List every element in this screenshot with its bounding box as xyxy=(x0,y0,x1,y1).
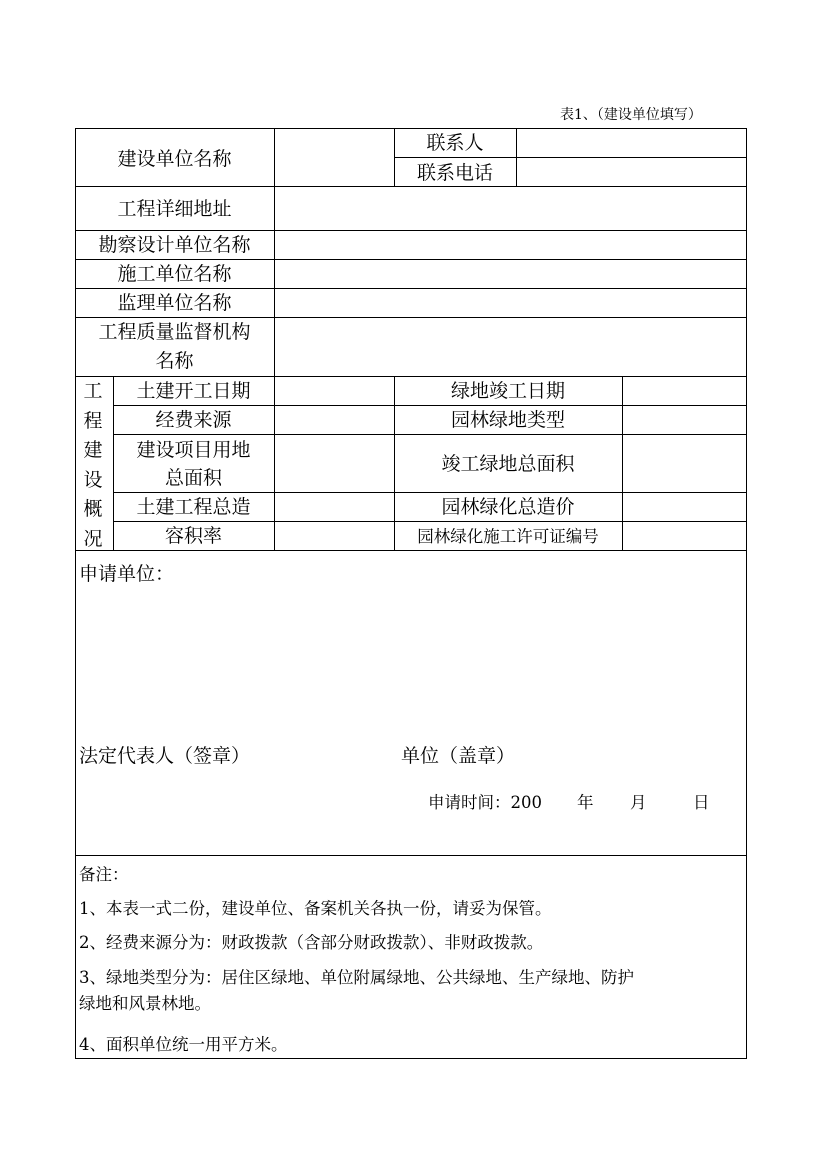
green-total-area-label: 竣工绿地总面积 xyxy=(394,453,622,475)
civil-start-date-label: 土建开工日期 xyxy=(113,380,274,402)
green-completion-date-label: 绿地竣工日期 xyxy=(394,380,622,402)
table-caption: 表1、（建设单位填写） xyxy=(560,104,702,124)
applicant-unit-label: 申请单位： xyxy=(79,563,174,585)
note-item: 1、本表一式二份，建设单位、备案机关各执一份，请妥为保管。 xyxy=(79,898,552,920)
month-label: 月 xyxy=(630,792,647,814)
side-char: 概 xyxy=(80,495,106,525)
civil-total-cost-label: 土建工程总造 xyxy=(113,496,274,518)
green-total-cost-field[interactable] xyxy=(623,493,746,520)
year-label: 年 xyxy=(577,792,594,814)
side-char: 设 xyxy=(80,466,106,496)
green-type-label: 园林绿地类型 xyxy=(394,409,622,431)
legal-representative-label: 法定代表人（签章） xyxy=(79,745,250,767)
notes-title: 备注： xyxy=(79,864,129,886)
green-total-area-field[interactable] xyxy=(623,435,746,491)
green-type-field[interactable] xyxy=(623,406,746,433)
quality-agency-field[interactable] xyxy=(275,318,746,375)
funding-source-label: 经费来源 xyxy=(113,409,274,431)
funding-source-field[interactable] xyxy=(275,406,393,433)
supervision-unit-field[interactable] xyxy=(275,289,746,316)
note-item: 绿地和风景林地。 xyxy=(79,993,211,1015)
divider xyxy=(75,550,747,551)
land-area-label-line1: 建设项目用地 xyxy=(113,439,274,461)
quality-agency-label-line1: 工程质量监督机构 xyxy=(75,321,274,343)
phone-label: 联系电话 xyxy=(394,162,516,184)
phone-field[interactable] xyxy=(517,158,746,185)
civil-start-date-field[interactable] xyxy=(275,377,393,404)
divider xyxy=(113,376,114,550)
quality-agency-label-line2: 名称 xyxy=(75,350,274,372)
builder-name-label: 建设单位名称 xyxy=(75,148,274,170)
construction-unit-label: 施工单位名称 xyxy=(75,263,274,285)
green-permit-no-field[interactable] xyxy=(623,522,746,549)
plot-ratio-field[interactable] xyxy=(275,522,393,549)
contact-label: 联系人 xyxy=(394,132,516,154)
side-char: 况 xyxy=(80,525,106,555)
green-permit-no-label: 园林绿化施工许可证编号 xyxy=(394,526,622,548)
green-total-cost-label: 园林绿化总造价 xyxy=(394,496,622,518)
day-label: 日 xyxy=(693,792,710,814)
apply-time-label: 申请时间：200 xyxy=(428,792,542,814)
unit-seal-label: 单位（盖章） xyxy=(401,745,515,767)
builder-name-field[interactable] xyxy=(275,129,393,185)
side-char: 工 xyxy=(80,377,106,407)
note-item: 3、绿地类型分为：居住区绿地、单位附属绿地、公共绿地、生产绿地、防护 xyxy=(79,967,634,989)
construction-unit-field[interactable] xyxy=(275,260,746,287)
supervision-unit-label: 监理单位名称 xyxy=(75,292,274,314)
overview-side-label: 工 程 建 设 概 况 xyxy=(80,377,106,554)
land-area-field[interactable] xyxy=(275,435,393,491)
address-field[interactable] xyxy=(275,187,746,229)
civil-total-cost-field[interactable] xyxy=(275,493,393,520)
survey-unit-field[interactable] xyxy=(275,231,746,258)
land-area-label-line2: 总面积 xyxy=(113,467,274,489)
green-completion-date-field[interactable] xyxy=(623,377,746,404)
survey-unit-label: 勘察设计单位名称 xyxy=(75,234,274,256)
divider xyxy=(75,855,747,856)
note-item: 4、面积单位统一用平方米。 xyxy=(79,1034,288,1056)
address-label: 工程详细地址 xyxy=(75,198,274,220)
contact-field[interactable] xyxy=(517,129,746,156)
plot-ratio-label: 容积率 xyxy=(113,525,274,547)
side-char: 程 xyxy=(80,407,106,437)
side-char: 建 xyxy=(80,436,106,466)
note-item: 2、经费来源分为：财政拨款（含部分财政拨款）、非财政拨款。 xyxy=(79,932,543,954)
